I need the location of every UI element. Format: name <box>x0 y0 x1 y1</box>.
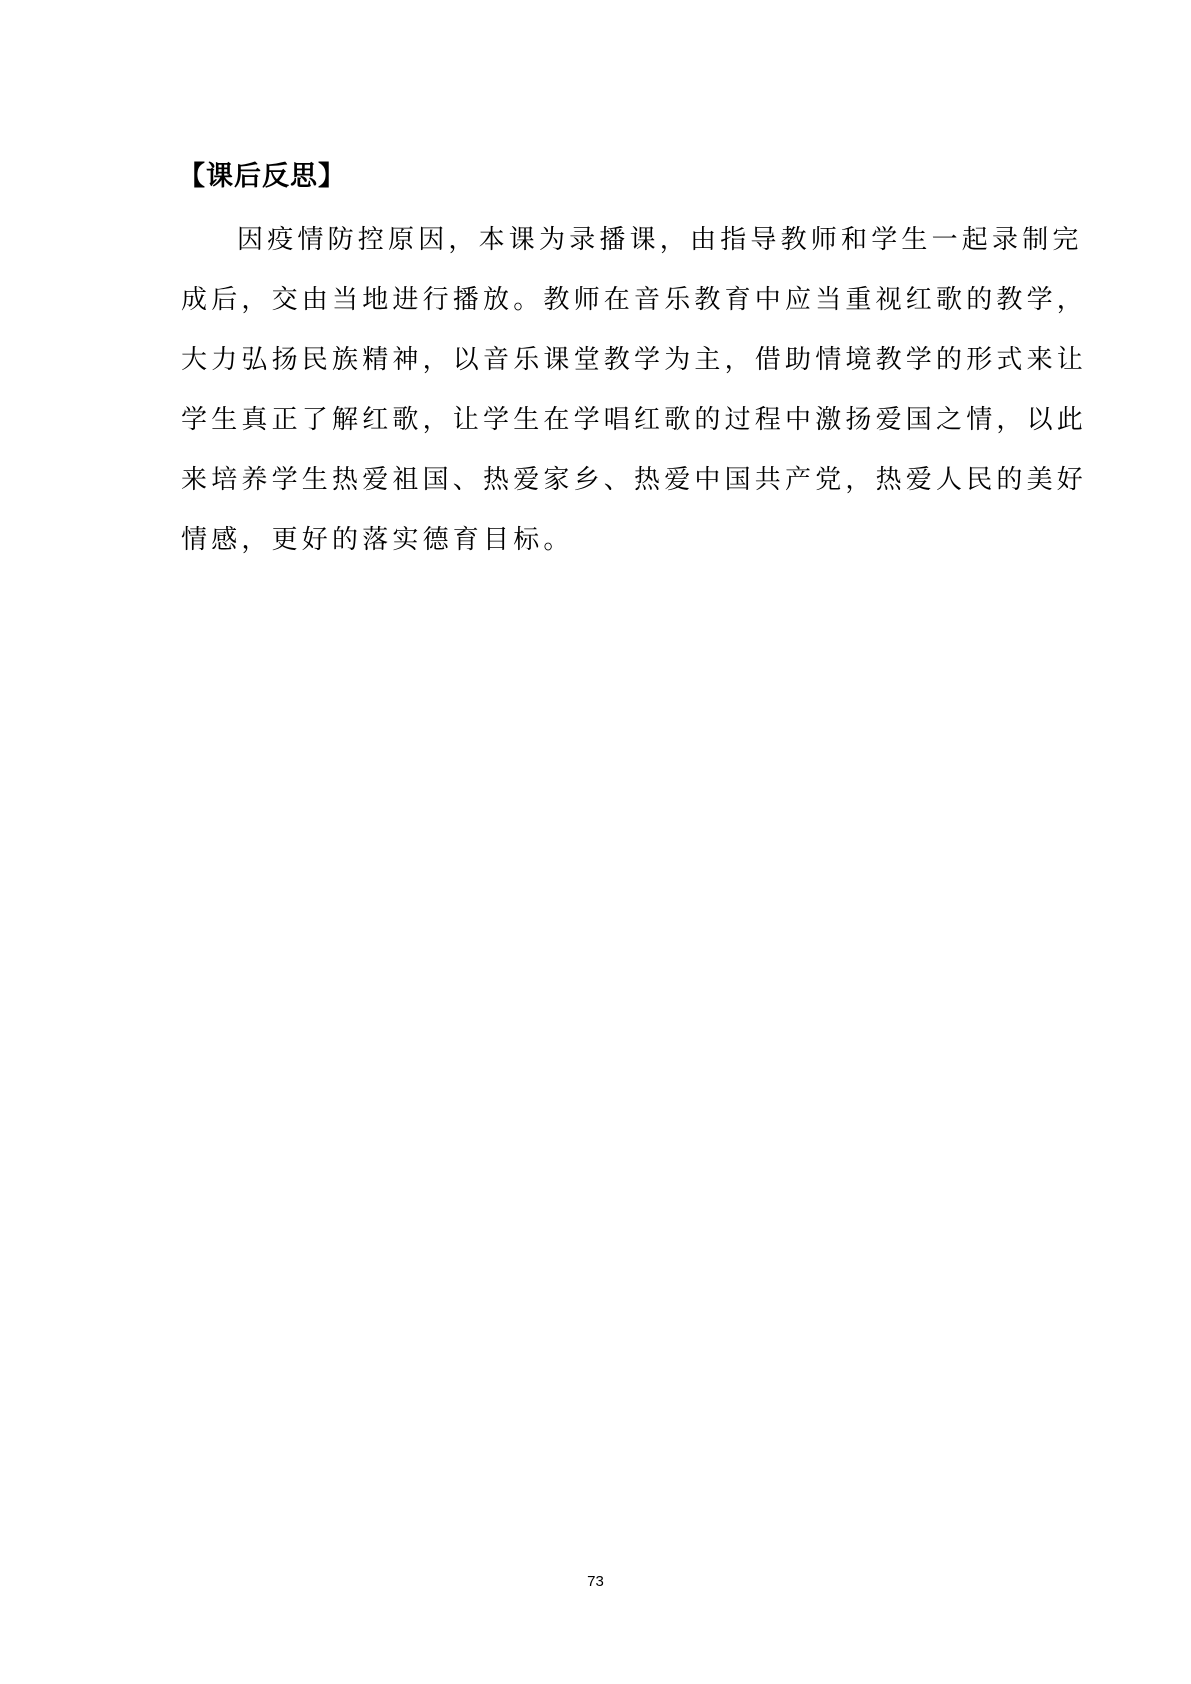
paragraph-line: 因疫情防控原因，本课为录播课，由指导教师和学生一起录制完 <box>181 218 1011 278</box>
paragraph-line: 学生真正了解红歌，让学生在学唱红歌的过程中激扬爱国之情，以此 <box>181 398 1011 458</box>
paragraph-line: 来培养学生热爱祖国、热爱家乡、热爱中国共产党，热爱人民的美好 <box>181 458 1011 518</box>
paragraph-line: 成后，交由当地进行播放。教师在音乐教育中应当重视红歌的教学， <box>181 278 1011 338</box>
reflection-paragraph: 因疫情防控原因，本课为录播课，由指导教师和学生一起录制完 成后，交由当地进行播放… <box>181 218 1011 578</box>
document-page: 【课后反思】 因疫情防控原因，本课为录播课，由指导教师和学生一起录制完 成后，交… <box>0 0 1191 1684</box>
paragraph-line: 大力弘扬民族精神，以音乐课堂教学为主，借助情境教学的形式来让 <box>181 338 1011 398</box>
paragraph-line: 情感，更好的落实德育目标。 <box>181 518 1011 578</box>
section-heading: 【课后反思】 <box>178 157 346 197</box>
page-number: 73 <box>0 1573 1191 1590</box>
